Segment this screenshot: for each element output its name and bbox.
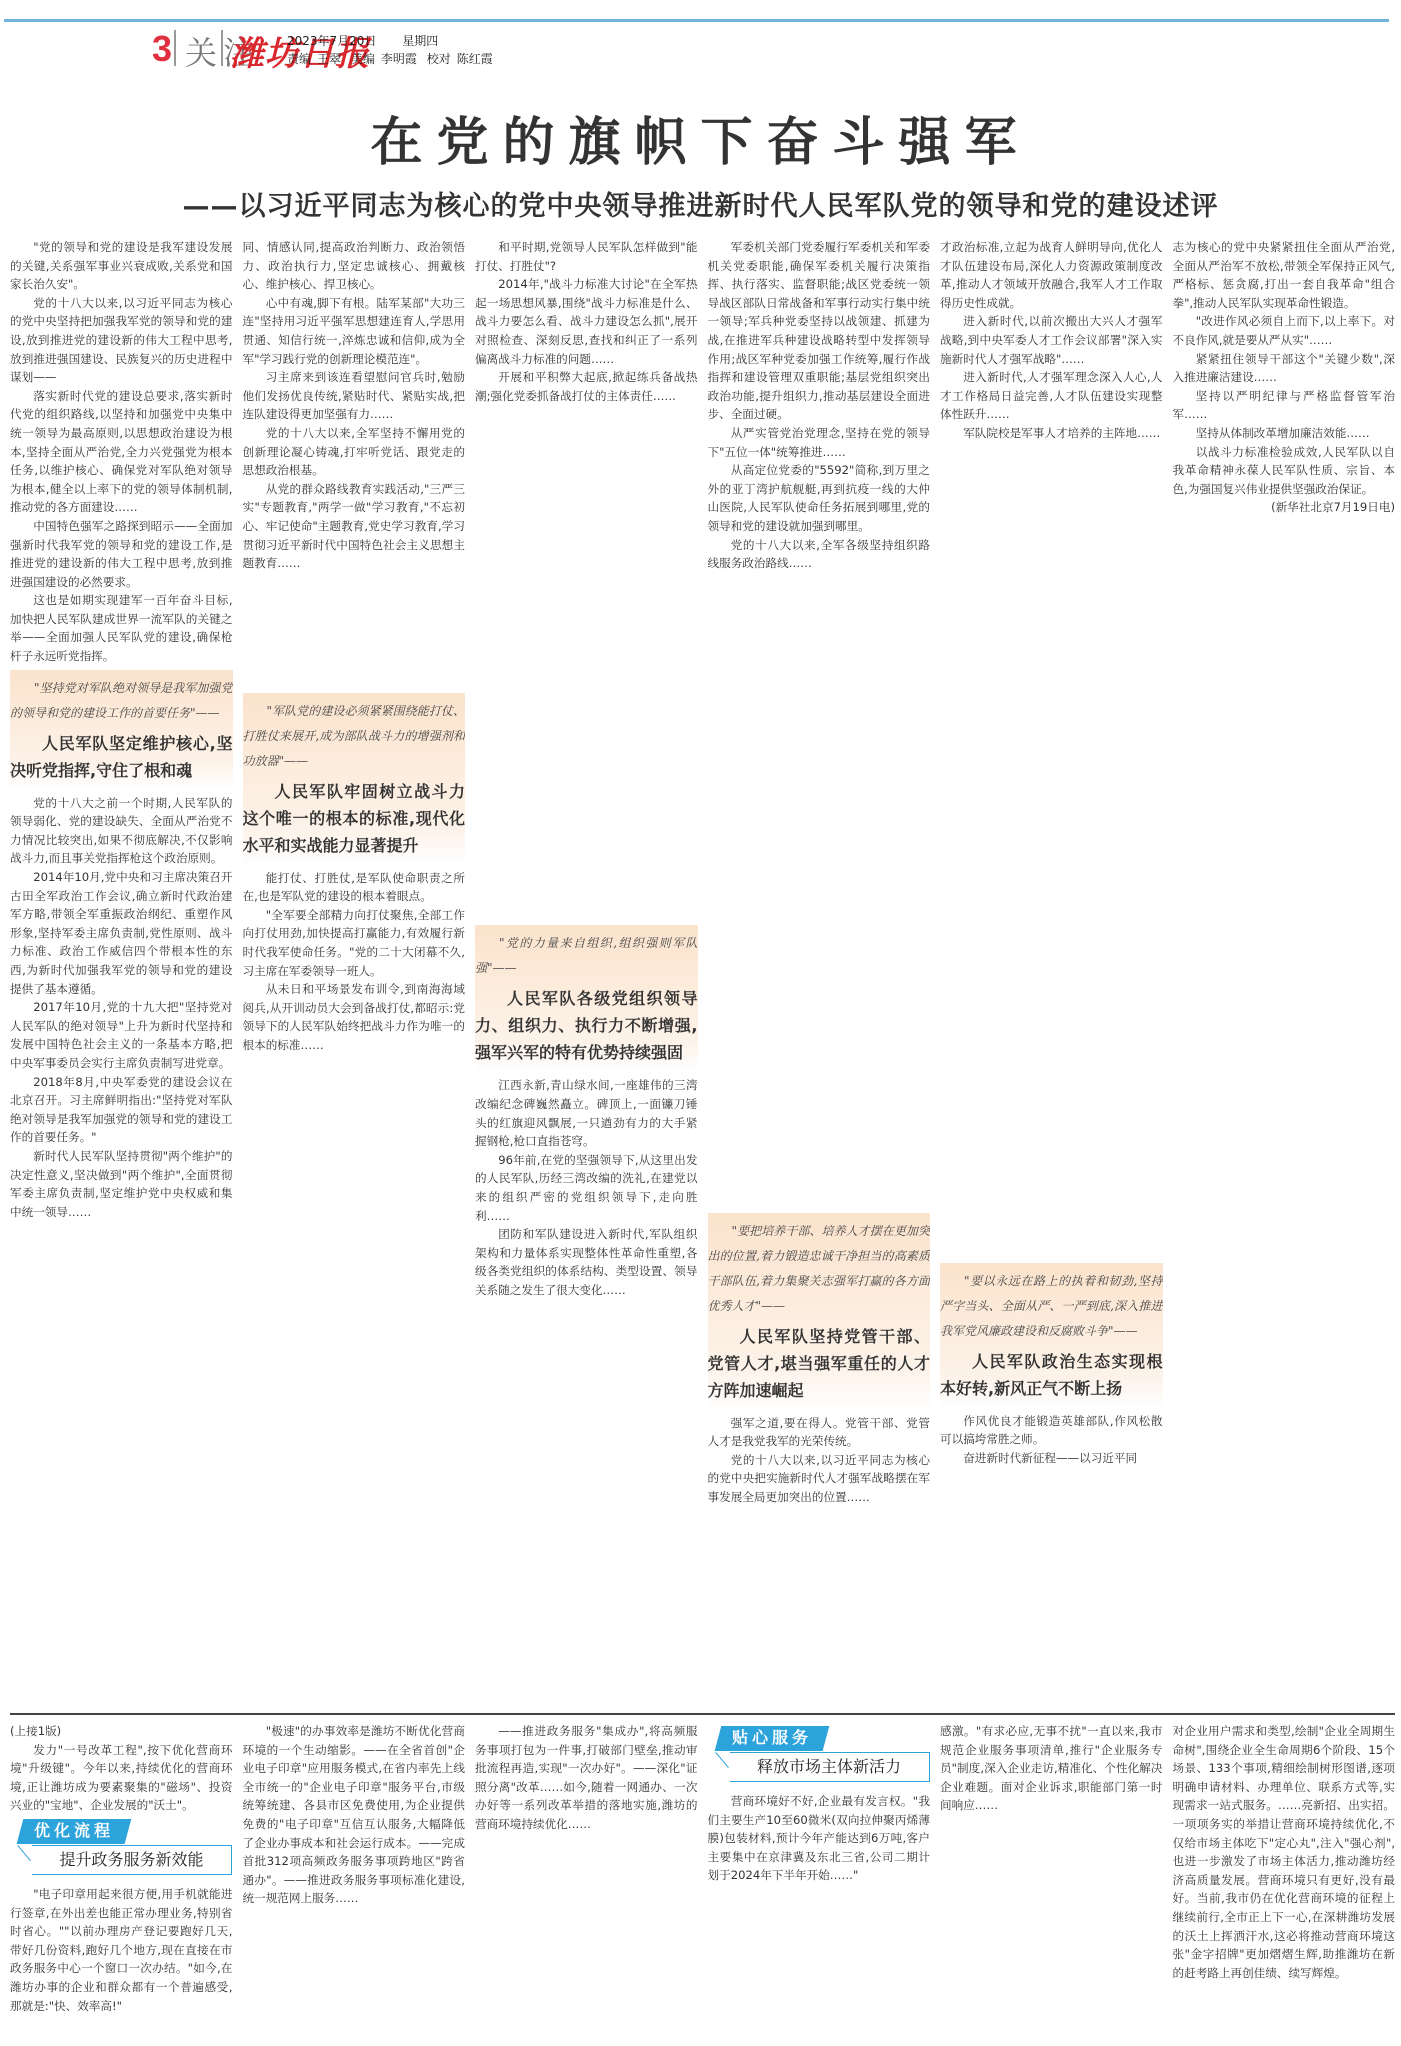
paragraph: 中国特色强军之路探到昭示——全面加强新时代我军党的领导和党的建设工作,是推进党的… <box>10 517 233 591</box>
paragraph: 紧紧扭住领导干部这个"关键少数",深入推进廉洁建设…… <box>1173 350 1396 387</box>
paragraph: 同、情感认同,提高政治判断力、政治领悟力、政治执行力,坚定忠诚核心、拥戴核心、维… <box>243 238 466 294</box>
paragraph: 以战斗力标准检验成效,人民军队以自我革命精神永葆人民军队性质、宗旨、本色,为强国… <box>1173 443 1396 499</box>
paragraph: 进入新时代,人才强军理念深入人心,人才工作格局日益完善,人才队伍建设实现整体性跃… <box>940 368 1163 424</box>
section-divider <box>10 1713 1395 1715</box>
section-tag: 贴心服务 释放市场主体新活力 <box>708 1726 931 1786</box>
paragraph: 党的十八大之前一个时期,人民军队的领导弱化、党的建设缺失、全面从严治党不力情况比… <box>10 794 233 868</box>
paragraph: 江西永新,青山绿水间,一座雄伟的三湾改编纪念碑巍然矗立。碑顶上,一面镰刀锤头的红… <box>475 1076 698 1150</box>
paragraph: 营商环境好不好,企业最有发言权。"我们主要生产10至60微米(双向拉伸聚丙烯薄膜… <box>708 1792 931 1885</box>
paragraph: 落实新时代党的建设总要求,落实新时代党的组织路线,以坚持和加强党中央集中统一领导… <box>10 387 233 517</box>
section-tag: 优化流程 提升政务服务新效能 <box>10 1819 233 1879</box>
proofreader-label: 校对 <box>427 52 451 66</box>
paragraph: "电子印章用起来很方便,用手机就能进行签章,在外出差也能正常办理业务,特别省时省… <box>10 1885 233 2015</box>
paragraph: 志为核心的党中央紧紧扭住全面从严治党,全面从严治军不放松,带领全军保持正风气,严… <box>1173 238 1396 312</box>
paragraph: "极速"的办事效率是潍坊不断优化营商环境的一个生动缩影。——在全省首创"企业电子… <box>243 1722 466 1908</box>
paragraph: 2014年,"战斗力标准大讨论"在全军热起一场思想风暴,围绕"战斗力标准是什么、… <box>475 275 698 368</box>
second-article-column-5: 感激。"有求必应,无事不扰"一直以来,我市规范企业服务事项清单,推行"企业服务专… <box>940 1722 1163 2042</box>
paragraph: 才政治标准,立起为战育人鲜明导向,优化人才队伍建设布局,深化人力资源政策制度改革… <box>940 238 1163 312</box>
paragraph: 进入新时代,以前次搬出大兴人才强军战略,到中央军委人才工作会议部署"深入实施新时… <box>940 312 1163 368</box>
issue-date: 2023年7月20日 <box>287 34 376 48</box>
paragraph: 党的十八大以来,以习近平同志为核心的党中央坚持把加强我军党的领导和党的建设,放到… <box>10 294 233 387</box>
paragraph: 作风优良才能锻造英雄部队,作风松散可以搞垮常胜之师。 <box>940 1412 1163 1449</box>
paragraph: 习主席来到该连看望慰问官兵时,勉励他们发扬优良传统,紧贴时代、紧贴实战,把连队建… <box>243 368 466 424</box>
top-rule <box>4 19 1389 22</box>
issue-meta: 2023年7月20日 星期四 责编王翠 美编李明霞 校对陈红霞 <box>287 32 499 68</box>
paragraph: "党的领导和党的建设是我军建设发展的关键,关系强军事业兴衰成败,关系党和国家长治… <box>10 238 233 294</box>
paragraph: 能打仗、打胜仗,是军队使命职责之所在,也是军队党的建设的根本着眼点。 <box>243 869 466 906</box>
paragraph: 和平时期,党领导人民军队怎样做到"能打仗、打胜仗"? <box>475 238 698 275</box>
paragraph: 从党的群众路线教育实践活动,"三严三实"专题教育,"两学一做"学习教育,"不忘初… <box>243 480 466 573</box>
subheadline: ——以习近平同志为核心的党中央领导推进新时代人民军队党的领导和党的建设述评 <box>0 184 1401 223</box>
paragraph: 从高定位党委的"5592"简称,到万里之外的亚丁湾护航舰艇,再到抗疫一线的大仲山… <box>708 461 931 535</box>
headline: 在党的旗帜下奋斗强军 <box>0 100 1401 175</box>
second-article-column-1: (上接1版) 发力"一号改革工程",按下优化营商环境"升级键"。今年以来,持续优… <box>10 1722 233 2042</box>
tag-label: 优化流程 <box>17 1819 132 1844</box>
section-heading: 人民军队各级党组织领导力、组织力、执行力不断增强,强军兴军的特有优势持续强固 <box>475 985 698 1066</box>
paragraph: 开展和平积弊大起底,掀起练兵备战热潮;强化党委抓备战打仗的主体责任…… <box>475 368 698 405</box>
paragraph: 96年前,在党的坚强领导下,从这里出发的人民军队,历经三湾改编的洗礼,在建党以来… <box>475 1151 698 1225</box>
second-article-column-4: 贴心服务 释放市场主体新活力 营商环境好不好,企业最有发言权。"我们主要生产10… <box>708 1722 931 2042</box>
paragraph: 新时代人民军队坚持贯彻"两个维护"的决定性意义,坚决做到"两个维护",全面贯彻军… <box>10 1147 233 1221</box>
paragraph: 2014年10月,党中央和习主席决策召开古田全军政治工作会议,确立新时代政治建军… <box>10 868 233 998</box>
pull-quote-box: "要以永远在路上的执着和韧劲,坚持严字当头、全面从严、一严到底,深入推进我军党风… <box>940 1263 1163 1408</box>
paragraph: 感激。"有求必应,无事不扰"一直以来,我市规范企业服务事项清单,推行"企业服务专… <box>940 1722 1163 1815</box>
paragraph: 2017年10月,党的十九大把"坚持党对人民军队的绝对领导"上升为新时代坚持和发… <box>10 998 233 1072</box>
divider <box>174 30 176 66</box>
pull-quote-text: "军队党的建设必须紧紧围绕能打仗、打胜仗来展开,成为部队战斗力的增强剂和功放器"… <box>243 699 466 774</box>
article-column-2: 同、情感认同,提高政治判断力、政治领悟力、政治执行力,坚定忠诚核心、拥戴核心、维… <box>243 238 466 1713</box>
section-heading: 人民军队牢固树立战斗力这个唯一的根本的标准,现代化水平和实战能力显著提升 <box>243 778 466 859</box>
paragraph: "改进作风必须自上而下,以上率下。对不良作风,就是要从严从实"…… <box>1173 312 1396 349</box>
second-article-column-3: ——推进政务服务"集成办",将高频服务事项打包为一件事,打破部门壁垒,推动审批流… <box>475 1722 698 2042</box>
paragraph: 对企业用户需求和类型,绘制"企业全周期生命树",围绕企业全生命周期6个阶段、15… <box>1173 1722 1396 1982</box>
editor-name: 王翠 <box>317 52 341 66</box>
section-heading: 人民军队坚持党管干部、党管人才,堪当强军重任的人才方阵加速崛起 <box>708 1323 931 1404</box>
pull-quote-box: "党的力量来自组织,组织强则军队强"—— 人民军队各级党组织领导力、组织力、执行… <box>475 925 698 1072</box>
paragraph: 军委机关部门党委履行军委机关和军委机关党委职能,确保军委机关履行决策指挥、执行落… <box>708 238 931 424</box>
article-column-6: 志为核心的党中央紧紧扭住全面从严治党,全面从严治军不放松,带领全军保持正风气,严… <box>1173 238 1396 1713</box>
paragraph: "全军要全部精力向打仗聚焦,全部工作向打仗用劲,加快提高打赢能力,有效履行新时代… <box>243 906 466 980</box>
paragraph: 强军之道,要在得人。党管干部、党管人才是我党我军的光荣传统。 <box>708 1414 931 1451</box>
designer-label: 美编 <box>351 52 375 66</box>
paragraph: 党的十八大以来,全军各级坚持组织路线服务政治路线…… <box>708 536 931 573</box>
masthead: 3 关注 潍坊日报 2023年7月20日 星期四 责编王翠 美编李明霞 校对陈红… <box>0 24 1401 69</box>
issue-weekday: 星期四 <box>402 34 438 48</box>
tag-label: 贴心服务 <box>714 1726 829 1751</box>
article-column-1: "党的领导和党的建设是我军建设发展的关键,关系强军事业兴衰成败,关系党和国家长治… <box>10 238 233 1713</box>
tag-title: 提升政务服务新效能 <box>32 1845 232 1875</box>
pull-quote-text: "党的力量来自组织,组织强则军队强"—— <box>475 931 698 981</box>
paragraph: 团防和军队建设进入新时代,军队组织架构和力量体系实现整体性革命性重塑,各级各类党… <box>475 1225 698 1299</box>
paragraph: 这也是如期实现建军一百年奋斗目标,加快把人民军队建成世界一流军队的关键之举——全… <box>10 591 233 665</box>
pull-quote-text: "要以永远在路上的执着和韧劲,坚持严字当头、全面从严、一严到底,深入推进我军党风… <box>940 1269 1163 1344</box>
divider <box>221 30 223 66</box>
paragraph: 从未日和平场景发布训令,到南海海域阅兵,从开训动员大会到备战打仗,都昭示:党领导… <box>243 980 466 1054</box>
continued-from: (上接1版) <box>10 1722 233 1741</box>
tag-title: 释放市场主体新活力 <box>730 1752 930 1782</box>
paragraph: 心中有魂,脚下有根。陆军某部"大功三连"坚持用习近平强军思想建连育人,学思用贯通… <box>243 294 466 368</box>
section-heading: 人民军队坚定维护核心,坚决听党指挥,守住了根和魂 <box>10 730 233 784</box>
paragraph: 奋进新时代新征程——以习近平同 <box>940 1449 1163 1468</box>
main-article-columns: "党的领导和党的建设是我军建设发展的关键,关系强军事业兴衰成败,关系党和国家长治… <box>10 238 1395 1713</box>
pull-quote-box: "军队党的建设必须紧紧围绕能打仗、打胜仗来展开,成为部队战斗力的增强剂和功放器"… <box>243 693 466 865</box>
section-heading: 人民军队政治生态实现根本好转,新风正气不断上扬 <box>940 1348 1163 1402</box>
byline: (新华社北京7月19日电) <box>1173 498 1396 517</box>
article-column-4: 军委机关部门党委履行军委机关和军委机关党委职能,确保军委机关履行决策指挥、执行落… <box>708 238 931 1713</box>
paragraph: 坚持以严明纪律与严格监督管军治军…… <box>1173 387 1396 424</box>
paragraph: 从严实管党治党理念,坚持在党的领导下"五位一体"统筹推进…… <box>708 424 931 461</box>
second-article: (上接1版) 发力"一号改革工程",按下优化营商环境"升级键"。今年以来,持续优… <box>10 1722 1395 2042</box>
page-number: 3 <box>152 28 172 70</box>
pull-quote-box: "坚持党对军队绝对领导是我军加强党的领导和党的建设工作的首要任务"—— 人民军队… <box>10 670 233 790</box>
proofreader-name: 陈红霞 <box>457 52 493 66</box>
lead-paragraph: 发力"一号改革工程",按下优化营商环境"升级键"。今年以来,持续优化的营商环境,… <box>10 1741 233 1815</box>
second-article-column-6: 对企业用户需求和类型,绘制"企业全周期生命树",围绕企业全生命周期6个阶段、15… <box>1173 1722 1396 2042</box>
paragraph: 党的十八大以来,全军坚持不懈用党的创新理论凝心铸魂,打牢听党话、跟党走的思想政治… <box>243 424 466 480</box>
article-column-3: 和平时期,党领导人民军队怎样做到"能打仗、打胜仗"? 2014年,"战斗力标准大… <box>475 238 698 1713</box>
editor-label: 责编 <box>287 52 311 66</box>
second-article-column-2: "极速"的办事效率是潍坊不断优化营商环境的一个生动缩影。——在全省首创"企业电子… <box>243 1722 466 2042</box>
paragraph: 坚持从体制改革增加廉洁效能…… <box>1173 424 1396 443</box>
designer-name: 李明霞 <box>381 52 417 66</box>
paragraph: 党的十八大以来,以习近平同志为核心的党中央把实施新时代人才强军战略摆在军事发展全… <box>708 1451 931 1507</box>
paragraph: 2018年8月,中央军委党的建设会议在北京召开。习主席鲜明指出:"坚持党对军队绝… <box>10 1073 233 1147</box>
paragraph: 军队院校是军事人才培养的主阵地…… <box>940 424 1163 443</box>
pull-quote-text: "坚持党对军队绝对领导是我军加强党的领导和党的建设工作的首要任务"—— <box>10 676 233 726</box>
pull-quote-box: "要把培养干部、培养人才摆在更加突出的位置,着力锻造忠诚干净担当的高素质干部队伍… <box>708 1213 931 1410</box>
paragraph: ——推进政务服务"集成办",将高频服务事项打包为一件事,打破部门壁垒,推动审批流… <box>475 1722 698 1834</box>
article-column-5: 才政治标准,立起为战育人鲜明导向,优化人才队伍建设布局,深化人力资源政策制度改革… <box>940 238 1163 1713</box>
pull-quote-text: "要把培养干部、培养人才摆在更加突出的位置,着力锻造忠诚干净担当的高素质干部队伍… <box>708 1219 931 1319</box>
